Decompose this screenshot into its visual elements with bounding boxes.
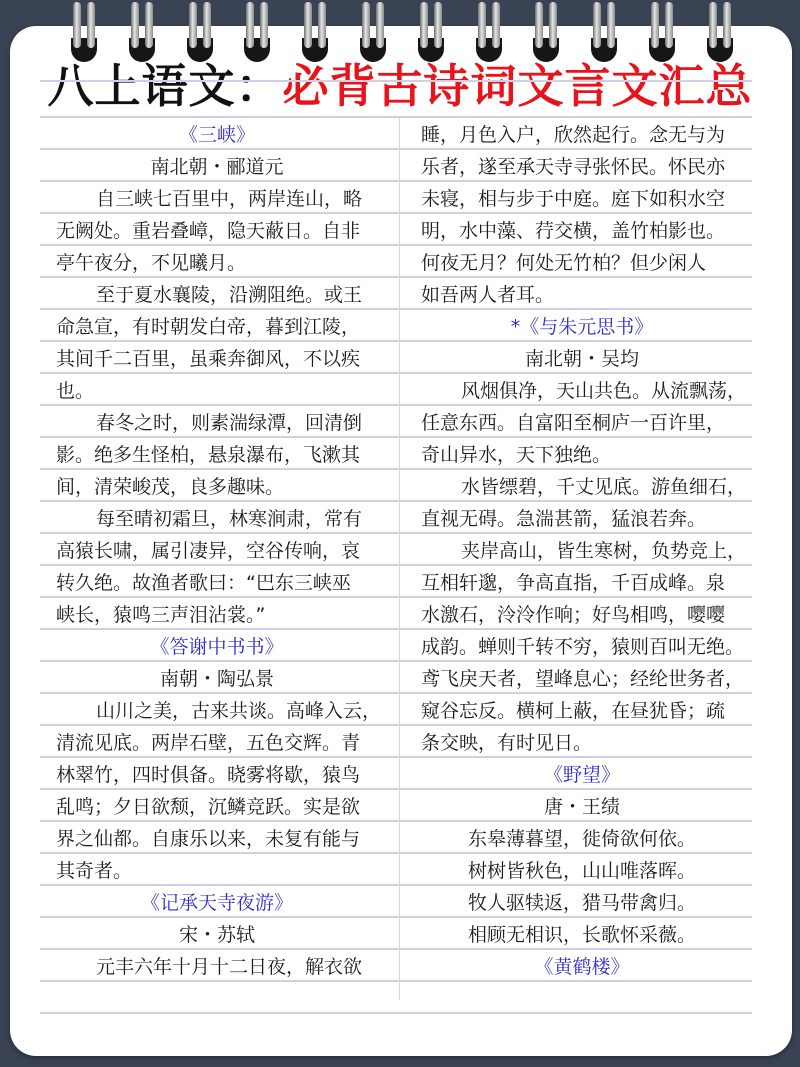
text-line: 亭午夜分，不见曦月。	[56, 247, 378, 279]
paragraph-start: 水皆缥碧，千丈见底。游鱼细石，	[421, 471, 743, 503]
text-line: 乱鸣；夕日欲颓，沉鳞竞跃。实是欲	[56, 791, 378, 823]
spiral-ring-icon	[648, 2, 676, 64]
right-column: 睡，月色入户，欣然起行。念无与为乐者，遂至承天寺寻张怀民。怀民亦未寝，相与步于中…	[421, 119, 743, 983]
spiral-ring-icon	[70, 2, 98, 64]
paragraph-start: 春冬之时，则素湍绿潭，回清倒	[56, 407, 378, 439]
spiral-ring-icon	[186, 2, 214, 64]
author-line: 宋・苏轼	[56, 919, 378, 951]
text-line: 鸢飞戾天者，望峰息心；经纶世务者，	[421, 663, 743, 695]
text-line: 其间千二百里，虽乘奔御风，不以疾	[56, 343, 378, 375]
paragraph-start: 每至晴初霜旦，林寒涧肃，常有	[56, 503, 378, 535]
paragraph-start: 夹岸高山，皆生寒树，负势竞上，	[421, 535, 743, 567]
author-line: 唐・王绩	[421, 791, 743, 823]
paragraph-start: 山川之美，古来共谈。高峰入云，	[56, 695, 378, 727]
author-line: 南北朝・吴均	[421, 343, 743, 375]
text-line: 乐者，遂至承天寺寻张怀民。怀民亦	[421, 151, 743, 183]
page-title: 八上语文：必背古诗词文言文汇总	[0, 56, 800, 116]
text-line: 影。绝多生怪柏，悬泉瀑布，飞漱其	[56, 439, 378, 471]
text-line: 何夜无月？何处无竹柏？但少闲人	[421, 247, 743, 279]
work-title: *《与朱元思书》	[421, 311, 743, 343]
text-line: 未寝，相与步于中庭。庭下如积水空	[421, 183, 743, 215]
text-line: 无阙处。重岩叠嶂，隐天蔽日。自非	[56, 215, 378, 247]
text-line: 峡长，猿鸣三声泪沾裳。”	[56, 599, 378, 631]
poem-line: 牧人驱犊返，猎马带禽归。	[421, 887, 743, 919]
spiral-ring-icon	[475, 2, 503, 64]
work-title: 《三峡》	[56, 119, 378, 151]
title-highlight: 必背古诗词文言文汇总	[283, 59, 753, 113]
paragraph-start: 至于夏水襄陵，沿溯阻绝。或王	[56, 279, 378, 311]
ruled-line	[40, 116, 752, 118]
spiral-ring-icon	[532, 2, 560, 64]
text-line: 睡，月色入户，欣然起行。念无与为	[421, 119, 743, 151]
author-line: 南北朝・郦道元	[56, 151, 378, 183]
text-line: 奇山异水，天下独绝。	[421, 439, 743, 471]
text-line: 明，水中藻、荇交横，盖竹柏影也。	[421, 215, 743, 247]
column-divider	[399, 118, 400, 1000]
text-line: 互相轩邈，争高直指，千百成峰。泉	[421, 567, 743, 599]
spiral-ring-icon	[128, 2, 156, 64]
text-line: 转久绝。故渔者歌曰：“巴东三峡巫	[56, 567, 378, 599]
spiral-ring-icon	[590, 2, 618, 64]
author-line: 南朝・陶弘景	[56, 663, 378, 695]
paragraph-start: 自三峡七百里中，两岸连山，略	[56, 183, 378, 215]
poem-line: 树树皆秋色，山山唯落晖。	[421, 855, 743, 887]
work-title: 《记承天寺夜游》	[56, 887, 378, 919]
work-title: 《野望》	[421, 759, 743, 791]
spiral-ring-icon	[417, 2, 445, 64]
spiral-ring-icon	[359, 2, 387, 64]
ruled-line	[40, 80, 752, 82]
text-line: 如吾两人者耳。	[421, 279, 743, 311]
work-title: 《黄鹤楼》	[421, 951, 743, 983]
text-line: 界之仙都。自康乐以来，未复有能与	[56, 823, 378, 855]
text-line: 窥谷忘反。横柯上蔽，在昼犹昏；疏	[421, 695, 743, 727]
text-line: 命急宣，有时朝发白帝，暮到江陵，	[56, 311, 378, 343]
text-line: 高猿长啸，属引凄异，空谷传响，哀	[56, 535, 378, 567]
poem-line: 东皋薄暮望，徙倚欲何依。	[421, 823, 743, 855]
text-line: 成韵。蝉则千转不穷，猿则百叫无绝。	[421, 631, 743, 663]
text-line: 间，清荣峻茂，良多趣味。	[56, 471, 378, 503]
title-prefix: 八上语文：	[48, 59, 283, 113]
left-column: 《三峡》南北朝・郦道元自三峡七百里中，两岸连山，略无阙处。重岩叠嶂，隐天蔽日。自…	[56, 119, 378, 983]
text-line: 任意东西。自富阳至桐庐一百许里，	[421, 407, 743, 439]
text-line: 也。	[56, 375, 378, 407]
text-line: 直视无碍。急湍甚箭，猛浪若奔。	[421, 503, 743, 535]
spiral-ring-icon	[706, 2, 734, 64]
spiral-ring-icon	[301, 2, 329, 64]
spiral-ring-icon	[243, 2, 271, 64]
text-line: 水激石，泠泠作响；好鸟相鸣，嘤嘤	[421, 599, 743, 631]
text-line: 清流见底。两岸石壁，五色交辉。青	[56, 727, 378, 759]
ruled-line	[40, 1012, 752, 1014]
text-line: 其奇者。	[56, 855, 378, 887]
paragraph-start: 风烟俱净，天山共色。从流飘荡，	[421, 375, 743, 407]
text-line: 林翠竹，四时俱备。晓雾将歇，猿鸟	[56, 759, 378, 791]
text-line: 条交映，有时见日。	[421, 727, 743, 759]
poem-line: 相顾无相识，长歌怀采薇。	[421, 919, 743, 951]
work-title: 《答谢中书书》	[56, 631, 378, 663]
paragraph-start: 元丰六年十月十二日夜，解衣欲	[56, 951, 378, 983]
